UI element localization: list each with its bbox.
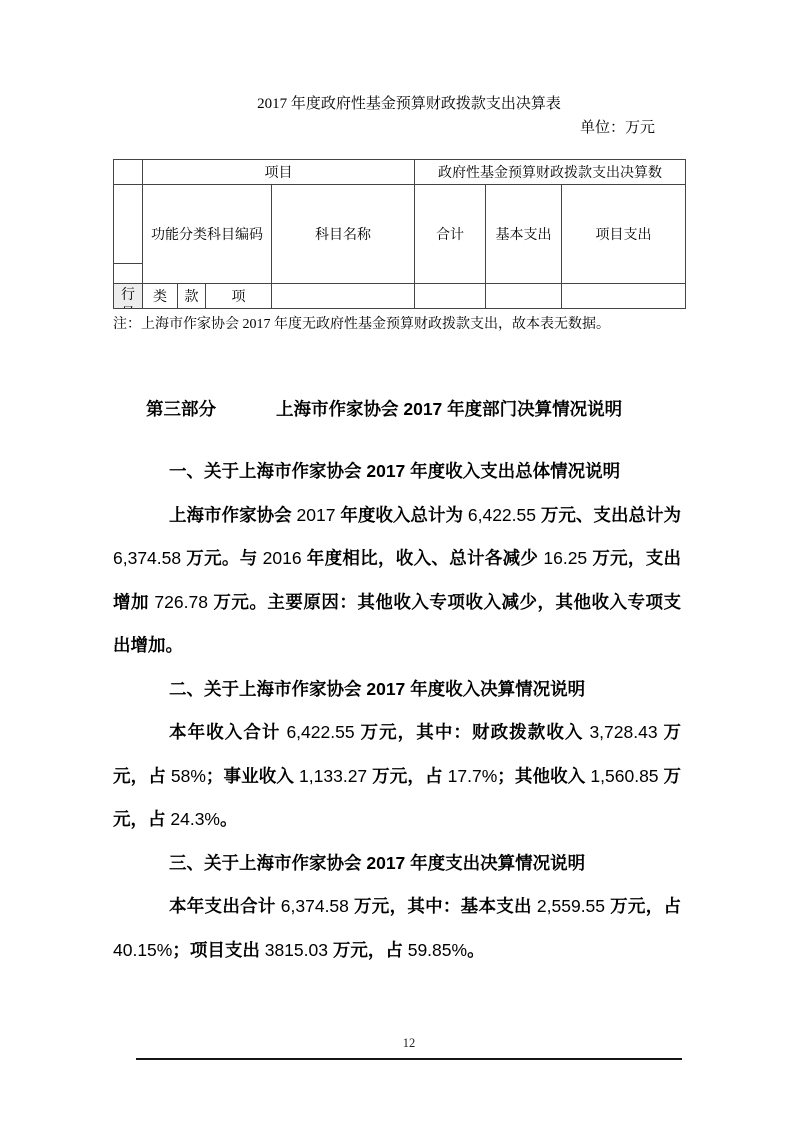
header-total: 合计 [415,185,486,284]
empty-data-cell [562,284,686,309]
table-note: 注：上海市作家协会 2017 年度无政府性基金预算财政拨款支出，故本表无数据。 [113,315,681,335]
table-title: 2017 年度政府性基金预算财政拨款支出决算表 [113,93,705,115]
table-header-row-2: 功能分类科目编码 科目名称 合计 基本支出 项目支出 [114,185,686,264]
table-header-row-1: 项目 政府性基金预算财政拨款支出决算数 [114,160,686,185]
section1-heading: 一、关于上海市作家协会 2017 年度收入支出总体情况说明 [113,450,681,494]
unit-label: 单位：万元 [580,117,655,139]
part3-heading: 第三部分上海市作家协会 2017 年度部门决算情况说明 [113,396,681,422]
sub-header-class: 类 [143,284,178,309]
part3-label: 第三部分 [146,399,216,419]
corner-cell [114,160,143,185]
sub-header-section: 款 [178,284,206,309]
row-number-header: 行号 [114,284,143,309]
narrative: 一、关于上海市作家协会 2017 年度收入支出总体情况说明 上海市作家协会 20… [113,450,681,972]
document-page: 2017 年度政府性基金预算财政拨款支出决算表 单位：万元 项目 政府性基金预算… [0,0,793,1122]
part3-title: 上海市作家协会 2017 年度部门决算情况说明 [276,399,622,419]
header-group-item: 项目 [143,160,415,185]
section2-paragraph: 本年收入合计 6,422.55 万元，其中：财政拨款收入 3,728.43 万元… [113,711,681,842]
section3-heading: 三、关于上海市作家协会 2017 年度支出决算情况说明 [113,842,681,886]
empty-data-cell [486,284,562,309]
empty-cell [114,264,143,284]
table-sub-header-row: 行号 类 款 项 [114,284,686,309]
page-number: 12 [136,1036,682,1051]
header-function-code: 功能分类科目编码 [143,185,272,284]
budget-table: 项目 政府性基金预算财政拨款支出决算数 功能分类科目编码 科目名称 合计 基本支… [113,159,686,309]
header-project-expense: 项目支出 [562,185,686,284]
section1-paragraph: 上海市作家协会 2017 年度收入总计为 6,422.55 万元、支出总计为 6… [113,494,681,668]
empty-cell [114,185,143,264]
section2-heading: 二、关于上海市作家协会 2017 年度收入决算情况说明 [113,668,681,712]
section3-paragraph: 本年支出合计 6,374.58 万元，其中：基本支出 2,559.55 万元，占… [113,885,681,972]
row-number-label: 行号 [120,286,136,309]
sub-header-item: 项 [206,284,272,309]
header-subject-name: 科目名称 [272,185,415,284]
header-group-amounts: 政府性基金预算财政拨款支出决算数 [415,160,686,185]
empty-data-cell [272,284,415,309]
header-basic-expense: 基本支出 [486,185,562,284]
footer-rule [136,1058,682,1060]
empty-data-cell [415,284,486,309]
